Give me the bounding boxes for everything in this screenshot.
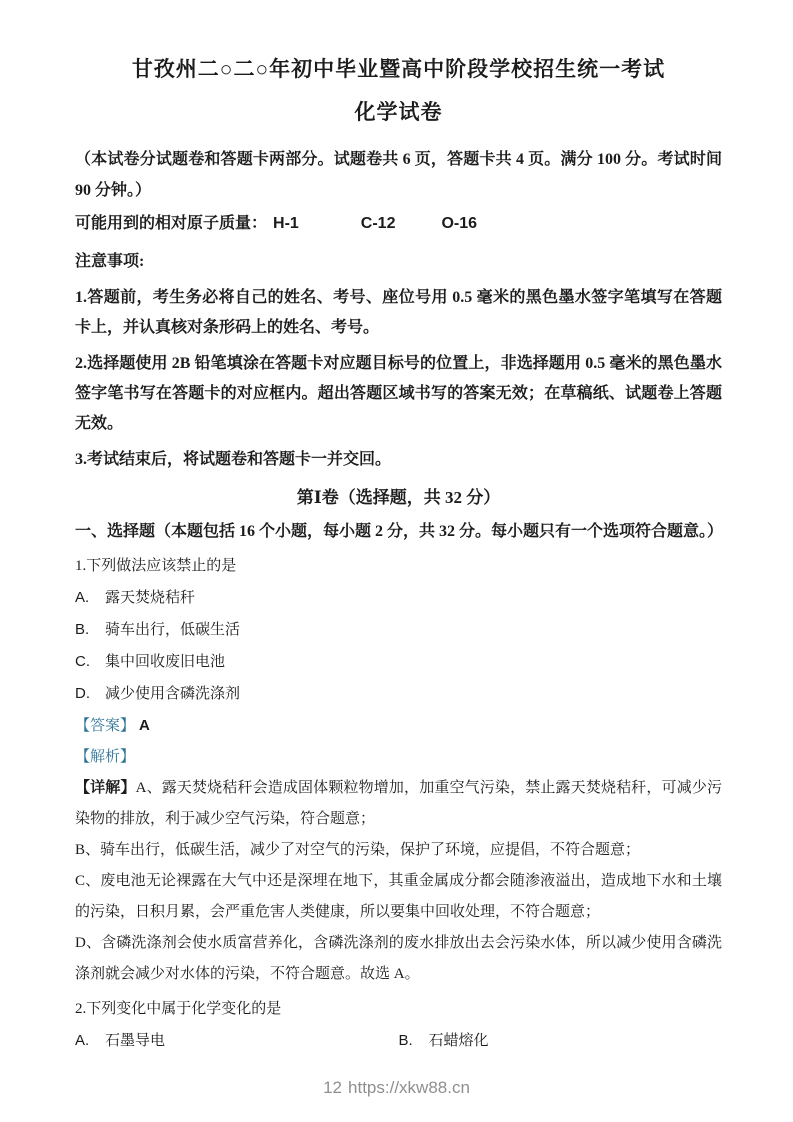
exam-subtitle: 化学试卷 (75, 100, 722, 126)
analysis-tag: 【解析】 (75, 749, 135, 765)
exam-title: 甘孜州二○二○年初中毕业暨高中阶段学校招生统一考试 (75, 56, 722, 84)
option-letter: A. (75, 582, 105, 613)
atomic-mass-line: 可能用到的相对原子质量：H-1C-12O-16 (75, 208, 722, 239)
detail-paragraph-b: B、骑车出行，低碳生活，减少了对空气的污染，保护了环境，应提倡，不符合题意； (75, 835, 722, 866)
part-1-title: 第Ⅰ卷（选择题，共 32 分） (75, 483, 722, 513)
question-1-block: 1.下列做法应该禁止的是 A.露天焚烧秸秆 B.骑车出行，低碳生活 C.集中回收… (75, 551, 722, 1057)
question-2-option-b: B.石蜡熔化 (399, 1025, 723, 1057)
detail-text: A、露天焚烧秸秆会造成固体颗粒物增加，加重空气污染，禁止露天焚烧秸秆，可减少污染… (75, 780, 722, 827)
atomic-mass-h: H-1 (273, 208, 299, 239)
option-text: 集中回收废旧电池 (105, 654, 225, 670)
atomic-mass-label: 可能用到的相对原子质量： (75, 215, 267, 232)
question-1-stem: 1.下列做法应该禁止的是 (75, 551, 722, 582)
detail-tag: 【详解】 (75, 780, 136, 796)
notice-item-1: 1.答题前，考生务必将自己的姓名、考号、座位号用 0.5 毫米的黑色墨水签字笔填… (75, 283, 722, 343)
detail-paragraph-c: C、废电池无论裸露在大气中还是深埋在地下，其重金属成分都会随渗液溢出，造成地下水… (75, 866, 722, 928)
option-text: 减少使用含磷洗涤剂 (105, 686, 240, 702)
notice-item-3: 3.考试结束后，将试题卷和答题卡一并交回。 (75, 445, 722, 475)
answer-tag: 【答案】 (75, 718, 135, 734)
option-text: 露天焚烧秸秆 (105, 590, 195, 606)
option-letter: A. (75, 1025, 105, 1056)
option-text: 骑车出行，低碳生活 (105, 622, 240, 638)
question-2-option-a: A.石墨导电 (75, 1025, 399, 1057)
answer-line: 【答案】A (75, 710, 722, 742)
option-text: 石蜡熔化 (429, 1033, 489, 1049)
exam-paper-page: 甘孜州二○二○年初中毕业暨高中阶段学校招生统一考试 化学试卷 （本试卷分试题卷和… (0, 0, 793, 1122)
atomic-mass-o: O-16 (441, 208, 477, 239)
detail-explanation: 【详解】A、露天焚烧秸秆会造成固体颗粒物增加，加重空气污染，禁止露天焚烧秸秆，可… (75, 773, 722, 990)
notice-item-2: 2.选择题使用 2B 铅笔填涂在答题卡对应题目标号的位置上，非选择题用 0.5 … (75, 349, 722, 439)
detail-paragraph-a: 【详解】A、露天焚烧秸秆会造成固体颗粒物增加，加重空气污染，禁止露天焚烧秸秆，可… (75, 773, 722, 835)
option-letter: B. (399, 1025, 429, 1056)
option-text: 石墨导电 (105, 1033, 165, 1049)
question-1-option-a: A.露天焚烧秸秆 (75, 582, 722, 614)
question-1-option-b: B.骑车出行，低碳生活 (75, 614, 722, 646)
answer-value: A (139, 717, 150, 734)
question-1-option-c: C.集中回收废旧电池 (75, 646, 722, 678)
multiple-choice-instruction: 一、选择题（本题包括 16 个小题，每小题 2 分，共 32 分。每小题只有一个… (75, 517, 722, 547)
option-letter: B. (75, 614, 105, 645)
atomic-mass-c: C-12 (361, 208, 396, 239)
footer-link[interactable]: https://xkw88.cn (348, 1078, 470, 1097)
option-letter: C. (75, 646, 105, 677)
notices-heading: 注意事项: (75, 247, 722, 277)
question-2-options: A.石墨导电 B.石蜡熔化 (75, 1025, 722, 1057)
paper-structure-note: （本试卷分试题卷和答题卡两部分。试题卷共 6 页，答题卡共 4 页。满分 100… (75, 144, 722, 206)
question-1-option-d: D.减少使用含磷洗涤剂 (75, 678, 722, 710)
question-2-stem: 2.下列变化中属于化学变化的是 (75, 994, 722, 1025)
page-footer: 12https://xkw88.cn (0, 1078, 793, 1098)
page-number: 12 (323, 1078, 342, 1097)
detail-paragraph-d: D、含磷洗涤剂会使水质富营养化，含磷洗涤剂的废水排放出去会污染水体，所以减少使用… (75, 928, 722, 990)
option-letter: D. (75, 678, 105, 709)
analysis-line: 【解析】 (75, 742, 722, 773)
